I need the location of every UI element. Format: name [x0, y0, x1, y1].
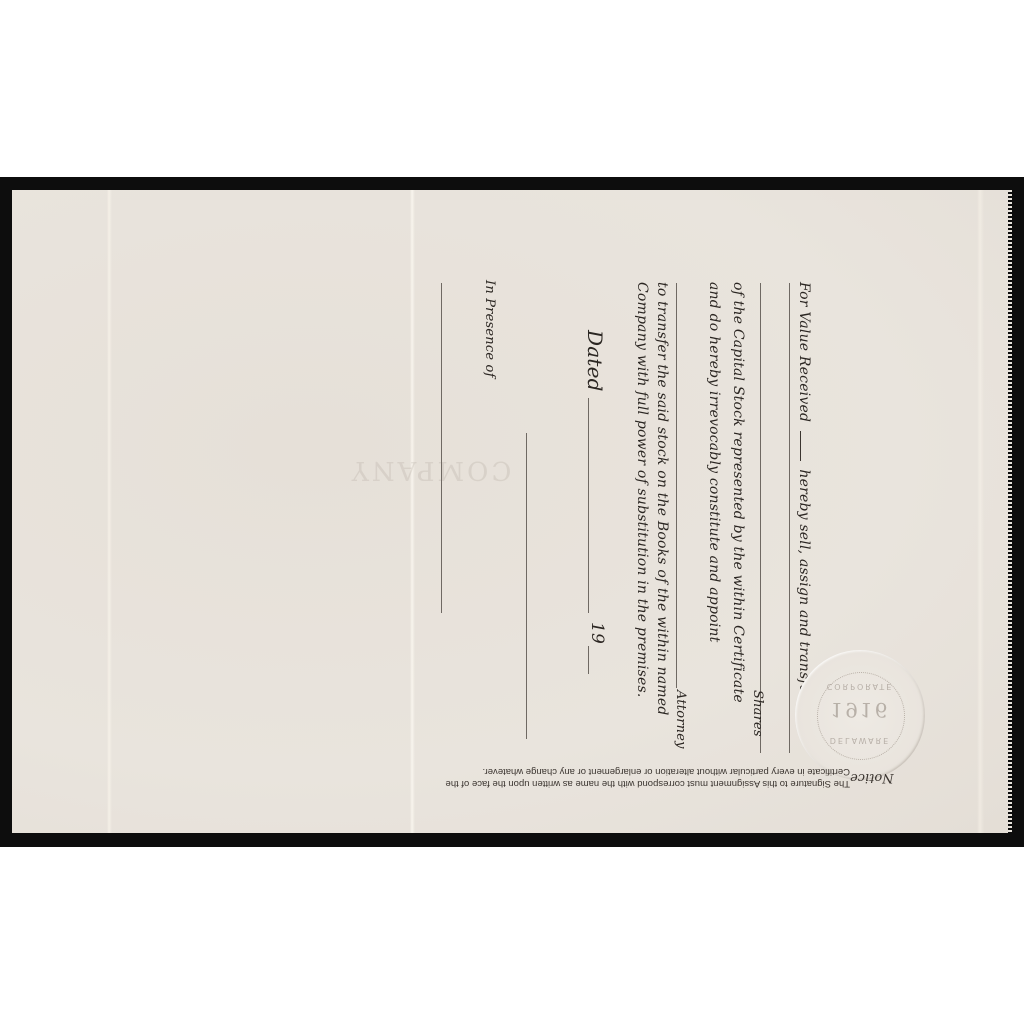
transfer-text: to transfer the said stock on the Books …	[654, 282, 670, 716]
year-prefix: 19	[587, 622, 607, 644]
notice-title: Notice	[850, 770, 894, 785]
in-presence-of-label: In Presence of	[482, 280, 497, 378]
perforated-edge	[1008, 190, 1012, 833]
witness-line[interactable]	[441, 283, 442, 613]
attorney-label: Attorney	[673, 690, 688, 749]
shares-line[interactable]	[760, 283, 761, 753]
signature-line[interactable]	[526, 433, 527, 739]
seal-year: 1916	[795, 698, 925, 722]
notice-text: The Signature to this Assignment must co…	[440, 765, 850, 789]
for-value-received-label: For Value Received hereby sell, assign a…	[796, 282, 812, 738]
shares-label: Shares	[750, 690, 765, 737]
dated-label: Dated	[583, 330, 607, 392]
transferee-line[interactable]	[789, 283, 790, 753]
for-value-received-text: For Value Received	[796, 282, 812, 422]
date-line[interactable]	[588, 398, 589, 613]
corporate-seal: CORPORATE 1916 DELAWARE	[795, 650, 925, 780]
seal-ring-bottom: DELAWARE	[795, 736, 925, 745]
capital-stock-text: of the Capital Stock represented by the …	[730, 282, 746, 703]
attorney-line[interactable]	[676, 283, 677, 688]
seal-ring-top: CORPORATE	[795, 682, 925, 691]
year-line[interactable]	[588, 646, 589, 674]
substitution-text: Company with full power of substitution …	[634, 282, 650, 698]
appoint-text: and do hereby irrevocably constitute and…	[706, 282, 722, 642]
transferor-blank[interactable]	[800, 431, 801, 461]
show-through-title: COMPANY	[150, 455, 710, 485]
